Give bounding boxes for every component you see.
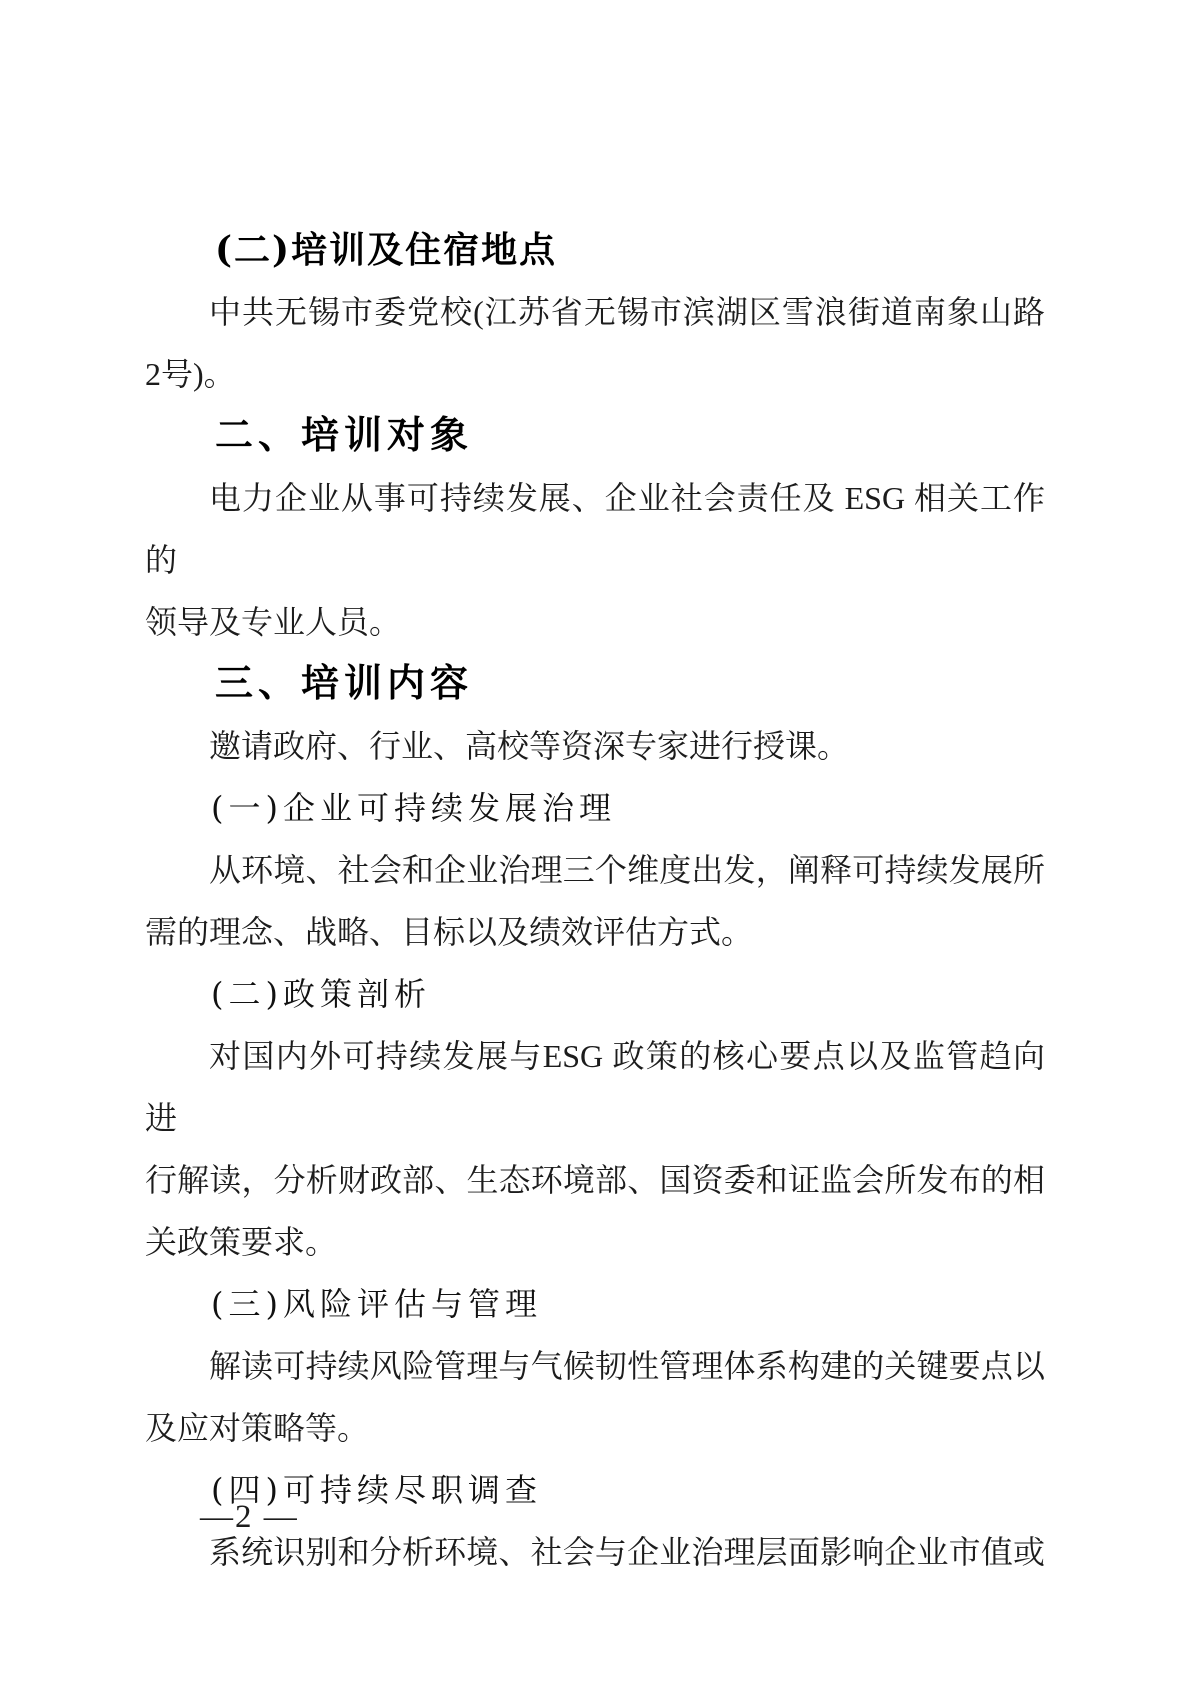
paragraph-governance: 从环境、社会和企业治理三个维度出发，阐释可持续发展所 需的理念、战略、目标以及绩… bbox=[145, 839, 1045, 963]
paragraph-line: 需的理念、战略、目标以及绩效评估方式。 bbox=[145, 901, 1045, 963]
paragraph-line: 中共无锡市委党校(江苏省无锡市滨湖区雪浪街道南象山路 bbox=[145, 281, 1045, 343]
paragraph-line: 2号)。 bbox=[145, 343, 1045, 405]
heading-text: (三)风险评估与管理 bbox=[145, 1273, 1045, 1335]
page-footer: —2 — bbox=[200, 1486, 299, 1548]
paragraph-line: 邀请政府、行业、高校等资深专家进行授课。 bbox=[145, 715, 1045, 777]
paragraph-policy: 对国内外可持续发展与ESG 政策的核心要点以及监管趋向进 行解读，分析财政部、生… bbox=[145, 1025, 1045, 1273]
document-page: (二)培训及住宿地点 中共无锡市委党校(江苏省无锡市滨湖区雪浪街道南象山路 2号… bbox=[0, 0, 1191, 1684]
heading-text: 二、培训对象 bbox=[145, 405, 1045, 467]
paragraph-line: 对国内外可持续发展与ESG 政策的核心要点以及监管趋向进 bbox=[145, 1025, 1045, 1149]
paragraph-location: 中共无锡市委党校(江苏省无锡市滨湖区雪浪街道南象山路 2号)。 bbox=[145, 281, 1045, 405]
paragraph-trainees: 电力企业从事可持续发展、企业社会责任及 ESG 相关工作的 领导及专业人员。 bbox=[145, 467, 1045, 653]
document-body: (二)培训及住宿地点 中共无锡市委党校(江苏省无锡市滨湖区雪浪街道南象山路 2号… bbox=[145, 219, 1045, 1583]
heading-text: (二)政策剖析 bbox=[145, 963, 1045, 1025]
heading-text: (二)培训及住宿地点 bbox=[145, 219, 1045, 281]
heading-text: (一)企业可持续发展治理 bbox=[145, 777, 1045, 839]
subsection-heading-risk: (三)风险评估与管理 bbox=[145, 1273, 1045, 1335]
section-heading-trainees: 二、培训对象 bbox=[145, 405, 1045, 467]
subsection-heading-policy: (二)政策剖析 bbox=[145, 963, 1045, 1025]
paragraph-line: 从环境、社会和企业治理三个维度出发，阐释可持续发展所 bbox=[145, 839, 1045, 901]
paragraph-line: 电力企业从事可持续发展、企业社会责任及 ESG 相关工作的 bbox=[145, 467, 1045, 591]
heading-text: 三、培训内容 bbox=[145, 653, 1045, 715]
section-heading-content: 三、培训内容 bbox=[145, 653, 1045, 715]
paragraph-line: 及应对策略等。 bbox=[145, 1397, 1045, 1459]
page-number: —2 — bbox=[200, 1499, 299, 1535]
paragraph-line: 关政策要求。 bbox=[145, 1211, 1045, 1273]
paragraph-line: 解读可持续风险管理与气候韧性管理体系构建的关键要点以 bbox=[145, 1335, 1045, 1397]
paragraph-lecturers: 邀请政府、行业、高校等资深专家进行授课。 bbox=[145, 715, 1045, 777]
paragraph-line: 领导及专业人员。 bbox=[145, 591, 1045, 653]
subsection-heading-governance: (一)企业可持续发展治理 bbox=[145, 777, 1045, 839]
paragraph-line: 行解读，分析财政部、生态环境部、国资委和证监会所发布的相 bbox=[145, 1149, 1045, 1211]
section-heading-location: (二)培训及住宿地点 bbox=[145, 219, 1045, 281]
paragraph-risk: 解读可持续风险管理与气候韧性管理体系构建的关键要点以 及应对策略等。 bbox=[145, 1335, 1045, 1459]
